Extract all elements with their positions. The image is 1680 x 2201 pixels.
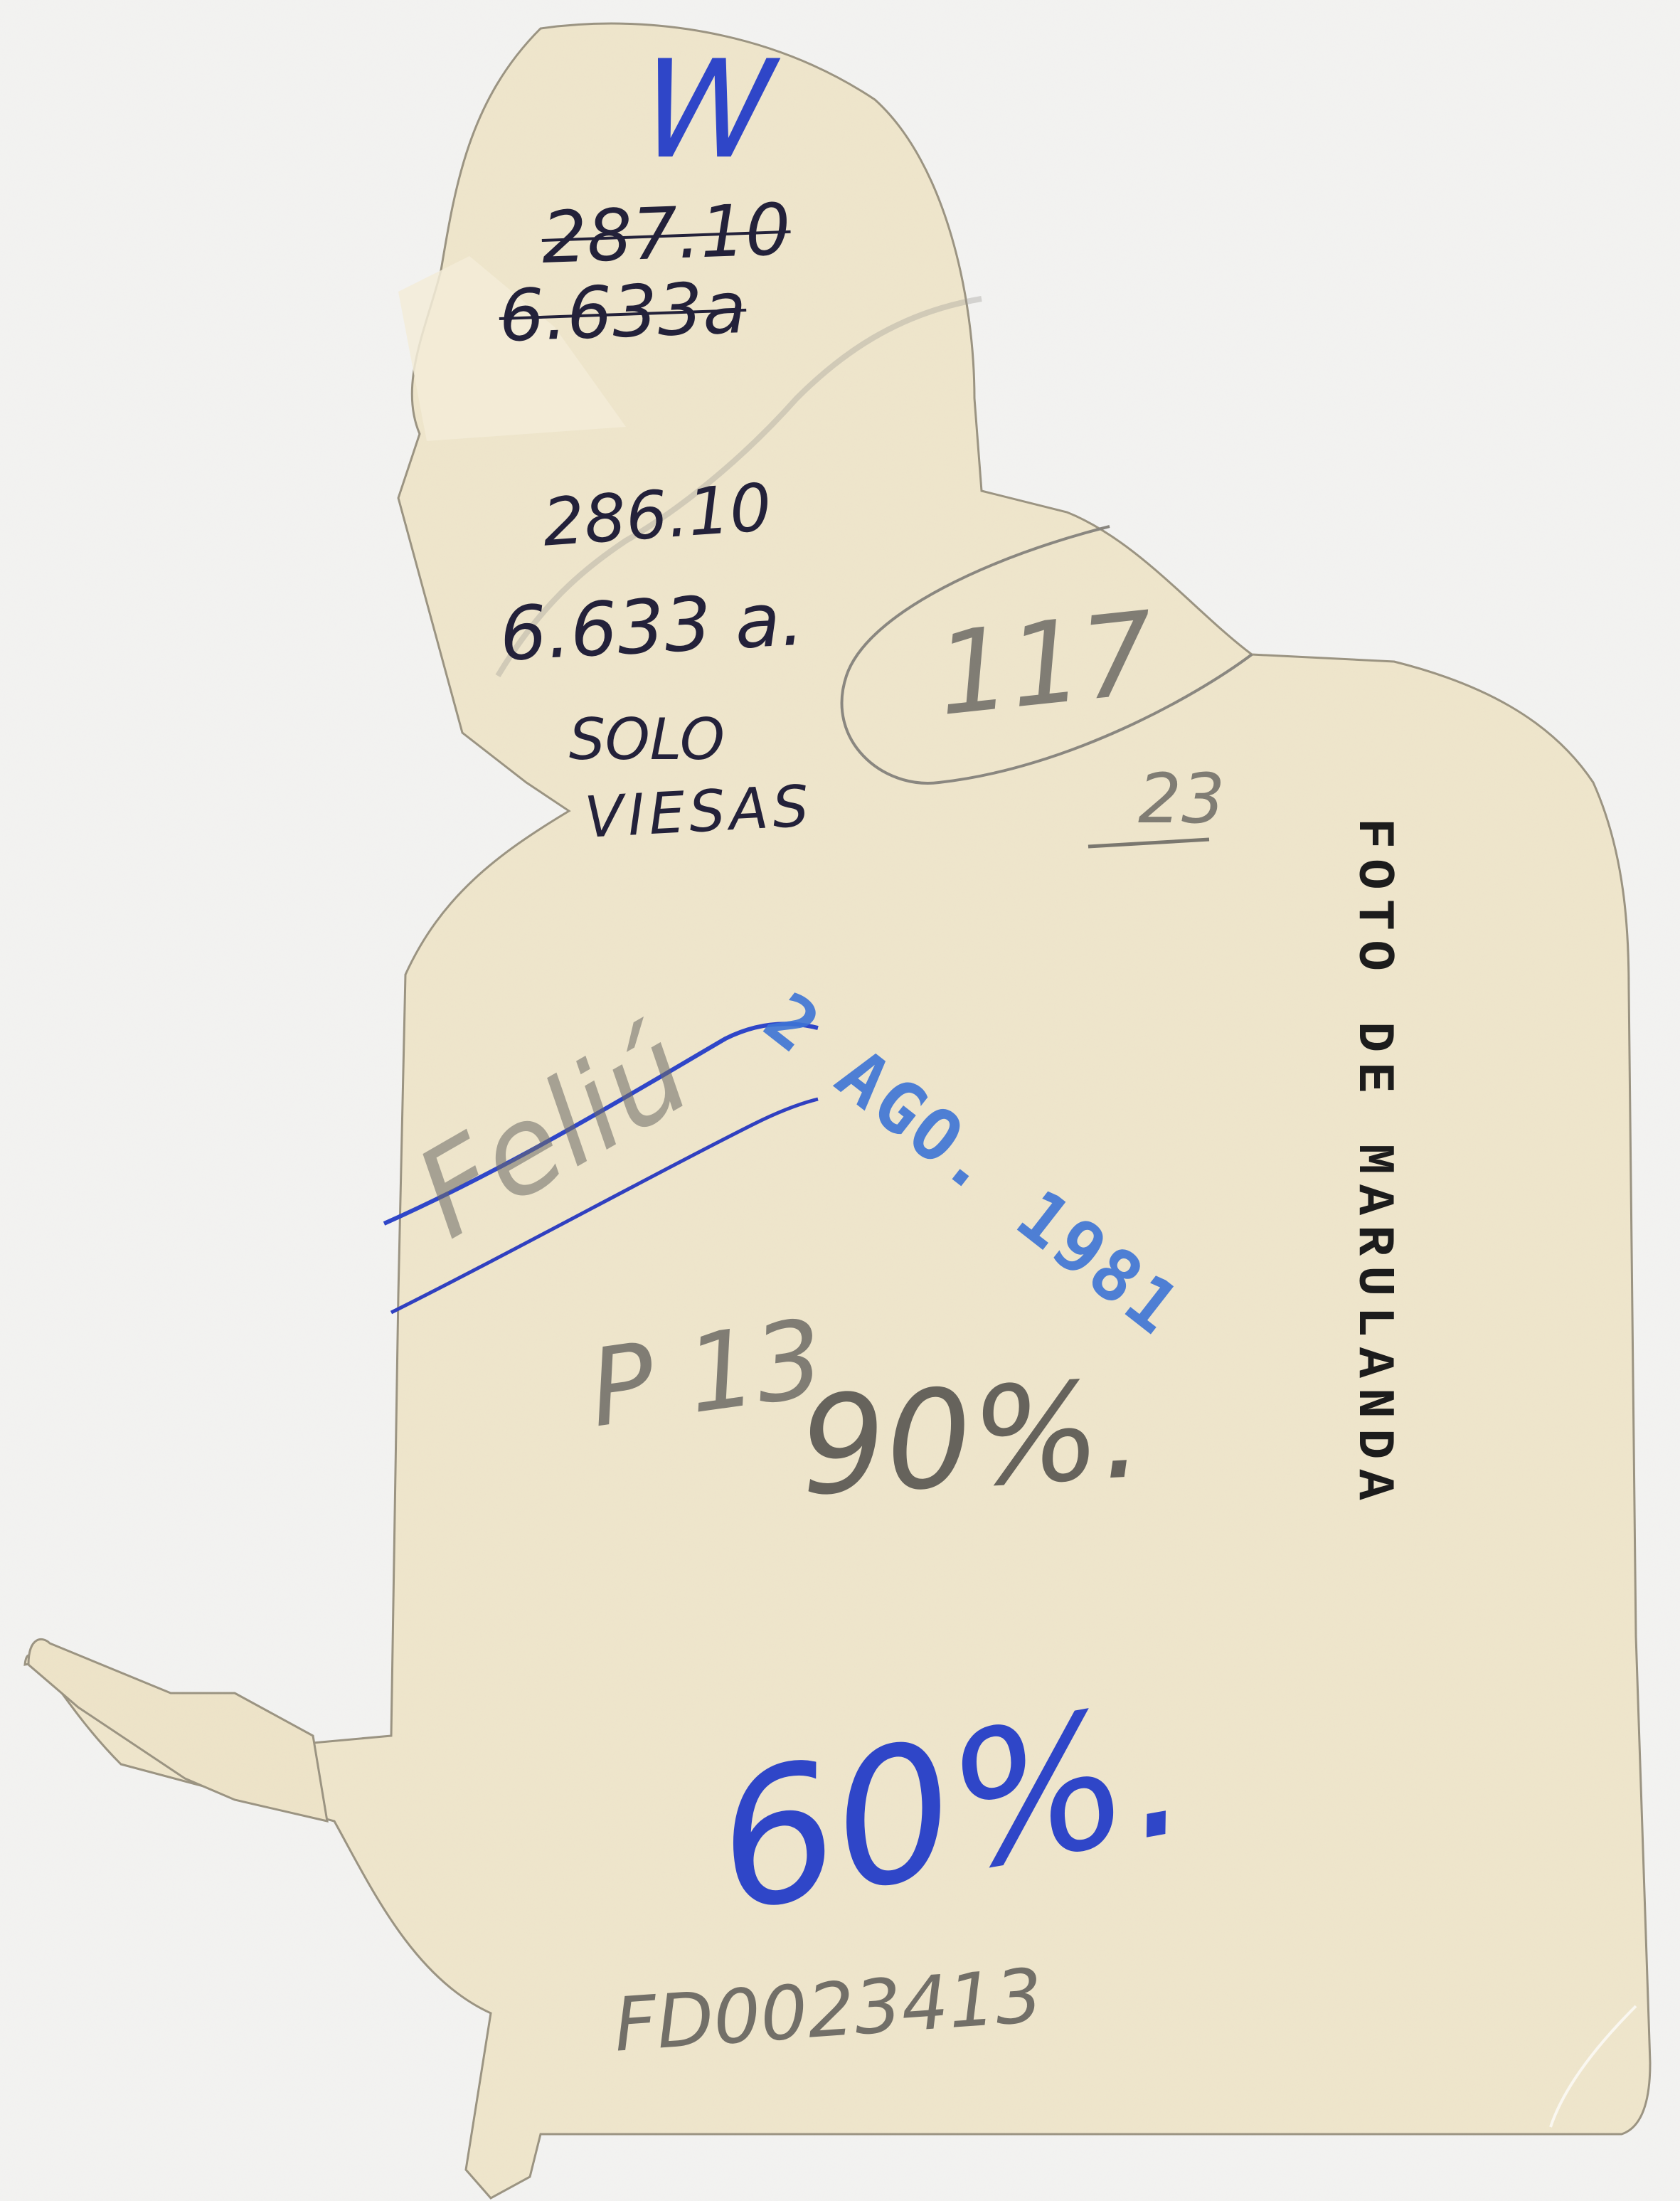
circled-pencil-number: 117 [932,596,1159,732]
amount: 286.10 [541,475,774,556]
top-blue-mark: Ꮃ [633,43,763,178]
reference-number: 6.633 a. [498,582,805,672]
note-solo: SOLO [569,711,725,768]
struck-reference: 6.633a [498,272,748,352]
pencil-page-ref: P 13 [583,1305,830,1443]
underlined-pencil-number: 23 [1138,765,1225,833]
struck-amount: 287.10 [541,194,792,274]
note-viesas: VIESAS [583,778,814,847]
typed-caption: FOTO DE MARULANDA [1348,818,1399,1510]
pencil-percent: 90%. [797,1362,1147,1515]
